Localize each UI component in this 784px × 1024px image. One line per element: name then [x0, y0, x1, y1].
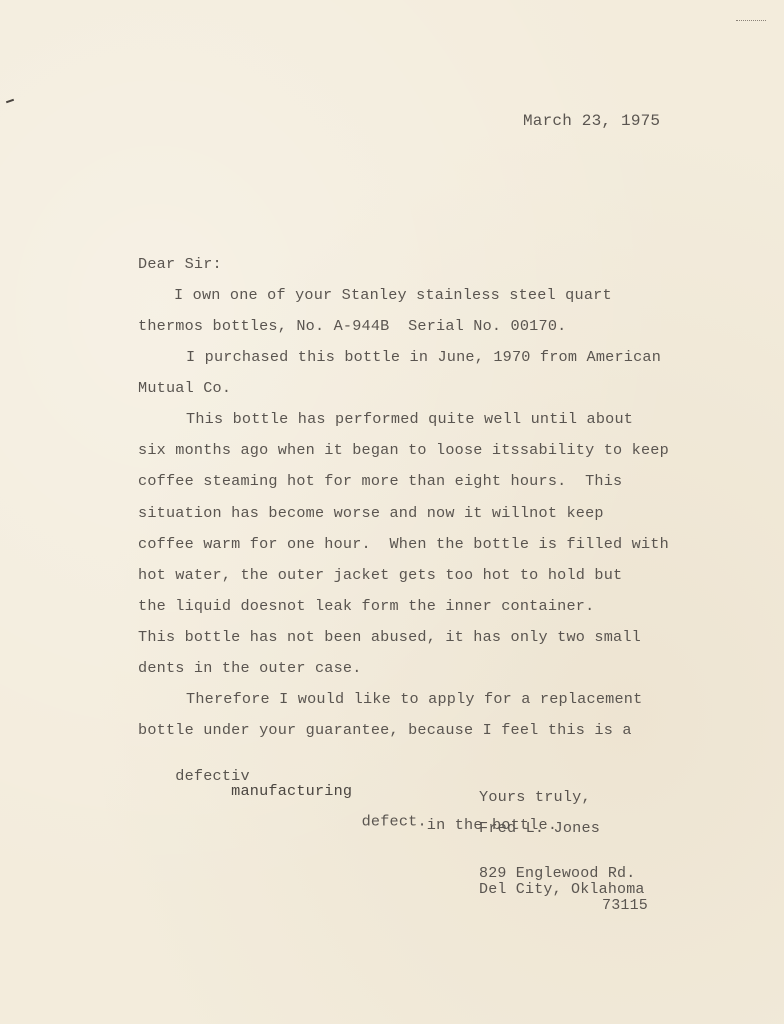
- defect-text: defect.: [352, 813, 427, 831]
- body-line: situation has become worse and now it wi…: [138, 506, 604, 521]
- body-line: I purchased this bottle in June, 1970 fr…: [186, 350, 661, 365]
- body-line: six months ago when it began to loose it…: [138, 443, 669, 458]
- address-city-state: Del City, Oklahoma: [479, 882, 645, 897]
- body-line: This bottle has not been abused, it has …: [138, 630, 641, 645]
- body-line: Therefore I would like to apply for a re…: [186, 692, 642, 707]
- body-line: I own one of your Stanley stainless stee…: [174, 288, 612, 303]
- body-line: the liquid doesnot leak form the inner c…: [138, 599, 594, 614]
- address-street: 829 Englewood Rd.: [479, 866, 635, 881]
- body-line: coffee warm for one hour. When the bottl…: [138, 537, 669, 552]
- body-line: dents in the outer case.: [138, 661, 362, 676]
- salutation: Dear Sir:: [138, 257, 222, 272]
- overstruck-word: manufacturing defectiv: [175, 769, 352, 830]
- body-line: bottle under your guarantee, because I f…: [138, 723, 632, 738]
- letter-date: March 23, 1975: [523, 113, 660, 129]
- body-line: coffee steaming hot for more than eight …: [138, 474, 622, 489]
- corner-mark: [736, 20, 766, 24]
- letter-page: March 23, 1975 Dear Sir: I own one of yo…: [0, 0, 784, 1024]
- body-line: thermos bottles, No. A-944B Serial No. 0…: [138, 319, 566, 334]
- body-line: This bottle has performed quite well unt…: [186, 412, 633, 427]
- body-line: hot water, the outer jacket gets too hot…: [138, 568, 622, 583]
- address-zip: 73115: [602, 898, 648, 913]
- closing: Yours truly,: [479, 790, 591, 805]
- body-line: Mutual Co.: [138, 381, 231, 396]
- margin-mark: [6, 99, 14, 104]
- signature-name: Fred L. Jones: [479, 821, 600, 836]
